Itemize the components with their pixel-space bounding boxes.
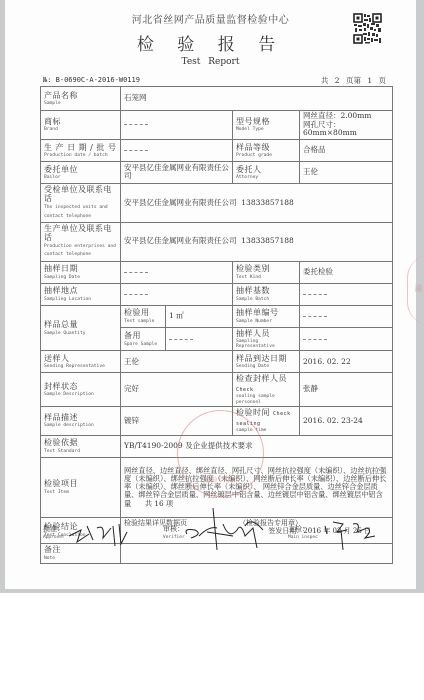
value-sampling-location (121, 283, 233, 305)
approver-label: 批准：Approver (43, 524, 65, 540)
value-brand (121, 111, 233, 140)
label-test-item: 检验项目Test Item (41, 457, 121, 517)
report-number: №: B-0690C-A-2016-W0119 (43, 76, 140, 84)
label-sending-date: 样品到达日期Sending Date (233, 351, 300, 373)
value-attorney: 王伦 (300, 161, 393, 183)
signature-row: 批准：Approver 审核：Verifier 主检：Main inspec (43, 520, 393, 552)
label-test-standard: 检验依据Test Standard (41, 435, 121, 457)
label-model-type: 型号规格Model Type (233, 111, 300, 140)
label-bailor: 委托单位Bailor (41, 161, 121, 183)
label-sending-rep: 送样人Sending Representative (41, 351, 121, 373)
label-test-sample: 检验用Test sample (121, 305, 166, 327)
value-sample-batch (300, 283, 393, 305)
label-sampling-location: 抽样地点Sampling Location (41, 283, 121, 305)
label-production-enterprises: 生产单位及联系电话Production enterprises and cont… (41, 222, 121, 261)
value-inspected-units: 安平县亿佳金属网业有限责任公司 13833857188 (121, 183, 393, 222)
row-bailor: 委托单位Bailor 安平县亿佳金属网业有限责任公司 委托人Attorney 王… (41, 161, 393, 183)
value-production-date (121, 139, 233, 161)
value-check-sealing-time: 2016. 02. 23-24 (300, 406, 393, 435)
phone-production: 13833857188 (241, 236, 294, 245)
value-sealing-state: 完好 (121, 373, 233, 407)
label-inspected-units: 受检单位及联系电话The inspected units and contact… (41, 183, 121, 222)
approver-signature-icon (67, 520, 137, 550)
label-attorney: 委托人Attorney (233, 161, 300, 183)
main-inspector-signature-icon (323, 516, 383, 552)
row-production-date: 生 产 日 期 / 批 号Production date / batch 样品等… (41, 139, 393, 161)
label-check-sealing-personnel: 检查封样人员 Checksealing sample personnel (233, 373, 300, 407)
label-product-grade: 样品等级Product grade (233, 139, 300, 161)
value-sending-date: 2016. 02. 22 (300, 351, 393, 373)
label-sealing-state: 封样状态Sample Description (41, 373, 121, 407)
value-production-enterprises: 安平县亿佳金属网业有限责任公司 13833857188 (121, 222, 393, 261)
row-sample: 产品名称Sample 石笼网 (41, 87, 393, 111)
qr-code-icon (353, 13, 382, 44)
row-test-standard: 检验依据Test Standard YB/T4190-2009 及企业提供技术要… (41, 435, 393, 457)
verifier-signature-icon (183, 506, 283, 554)
value-sampling-date (121, 261, 233, 283)
report-page: 河北省丝网产品质量监督检验中心 检 验 报 告 Test Report №: B… (5, 0, 416, 589)
label-sampling-rep: 抽样人员Sampling Representative (233, 327, 300, 351)
row-sending-rep: 送样人Sending Representative 王伦 样品到达日期Sendi… (41, 351, 393, 373)
value-model-type: 网丝直径：2.00mm网孔尺寸：60mm×80mm (300, 111, 393, 140)
label-sample-quantity: 样品总量Sample Quantity (41, 305, 121, 351)
row-production-enterprises: 生产单位及联系电话Production enterprises and cont… (41, 222, 393, 261)
value-product-grade: 合格品 (300, 139, 393, 161)
verifier-label: 审核：Verifier (163, 524, 185, 540)
value-sampling-rep (300, 327, 393, 351)
label-brand: 商标Brand (41, 111, 121, 140)
row-sampling-location: 抽样地点Sampling Location 抽样基数Sample Batch (41, 283, 393, 305)
phone-inspected: 13833857188 (241, 198, 294, 207)
label-check-sealing-time: 检验时间 Check sealingsample time (233, 406, 300, 435)
row-sample-quantity-1: 样品总量Sample Quantity 检验用Test sample 1 ㎡ 抽… (41, 305, 393, 327)
label-sample-desc: 样品描述Sample description (41, 406, 121, 435)
row-sealing-state: 封样状态Sample Description 完好 检查封样人员 Checkse… (41, 373, 393, 407)
row-sampling-date: 抽样日期Sampling Date 检验类别Test Kind 委托检验 (41, 261, 393, 283)
label-test-kind: 检验类别Test Kind (233, 261, 300, 283)
report-table: 产品名称Sample 石笼网 商标Brand 型号规格Model Type 网丝… (40, 86, 393, 564)
label-spare-sample: 备用Spare Sample (121, 327, 166, 351)
row-inspected-units: 受检单位及联系电话The inspected units and contact… (41, 183, 393, 222)
value-bailor: 安平县亿佳金属网业有限责任公司 (121, 161, 233, 183)
page-count: 共 2 页第 1 页 (321, 75, 386, 86)
label-sample: 产品名称Sample (41, 87, 121, 111)
label-sample-number: 抽样单编号Sample Number (233, 305, 300, 327)
value-sample-number (300, 305, 393, 327)
test-item-count: 共 16 项 (145, 499, 173, 508)
value-sample: 石笼网 (121, 87, 393, 111)
value-sample-desc: 镀锌 (121, 406, 233, 435)
label-production-date: 生 产 日 期 / 批 号Production date / batch (41, 139, 121, 161)
row-brand: 商标Brand 型号规格Model Type 网丝直径：2.00mm网孔尺寸：6… (41, 111, 393, 140)
value-test-sample: 1 ㎡ (166, 305, 233, 327)
label-sample-batch: 抽样基数Sample Batch (233, 283, 300, 305)
value-test-kind: 委托检验 (300, 261, 393, 283)
row-sample-desc: 样品描述Sample description 镀锌 检验时间 Check sea… (41, 406, 393, 435)
value-test-standard: YB/T4190-2009 及企业提供技术要求 (121, 435, 393, 457)
label-sampling-date: 抽样日期Sampling Date (41, 261, 121, 283)
value-spare-sample (166, 327, 233, 351)
report-title-en: Test Report (5, 57, 416, 67)
value-check-sealing-personnel: 张静 (300, 373, 393, 407)
value-sending-rep: 王伦 (121, 351, 233, 373)
main-inspector-label: 主检：Main inspec (288, 524, 318, 540)
